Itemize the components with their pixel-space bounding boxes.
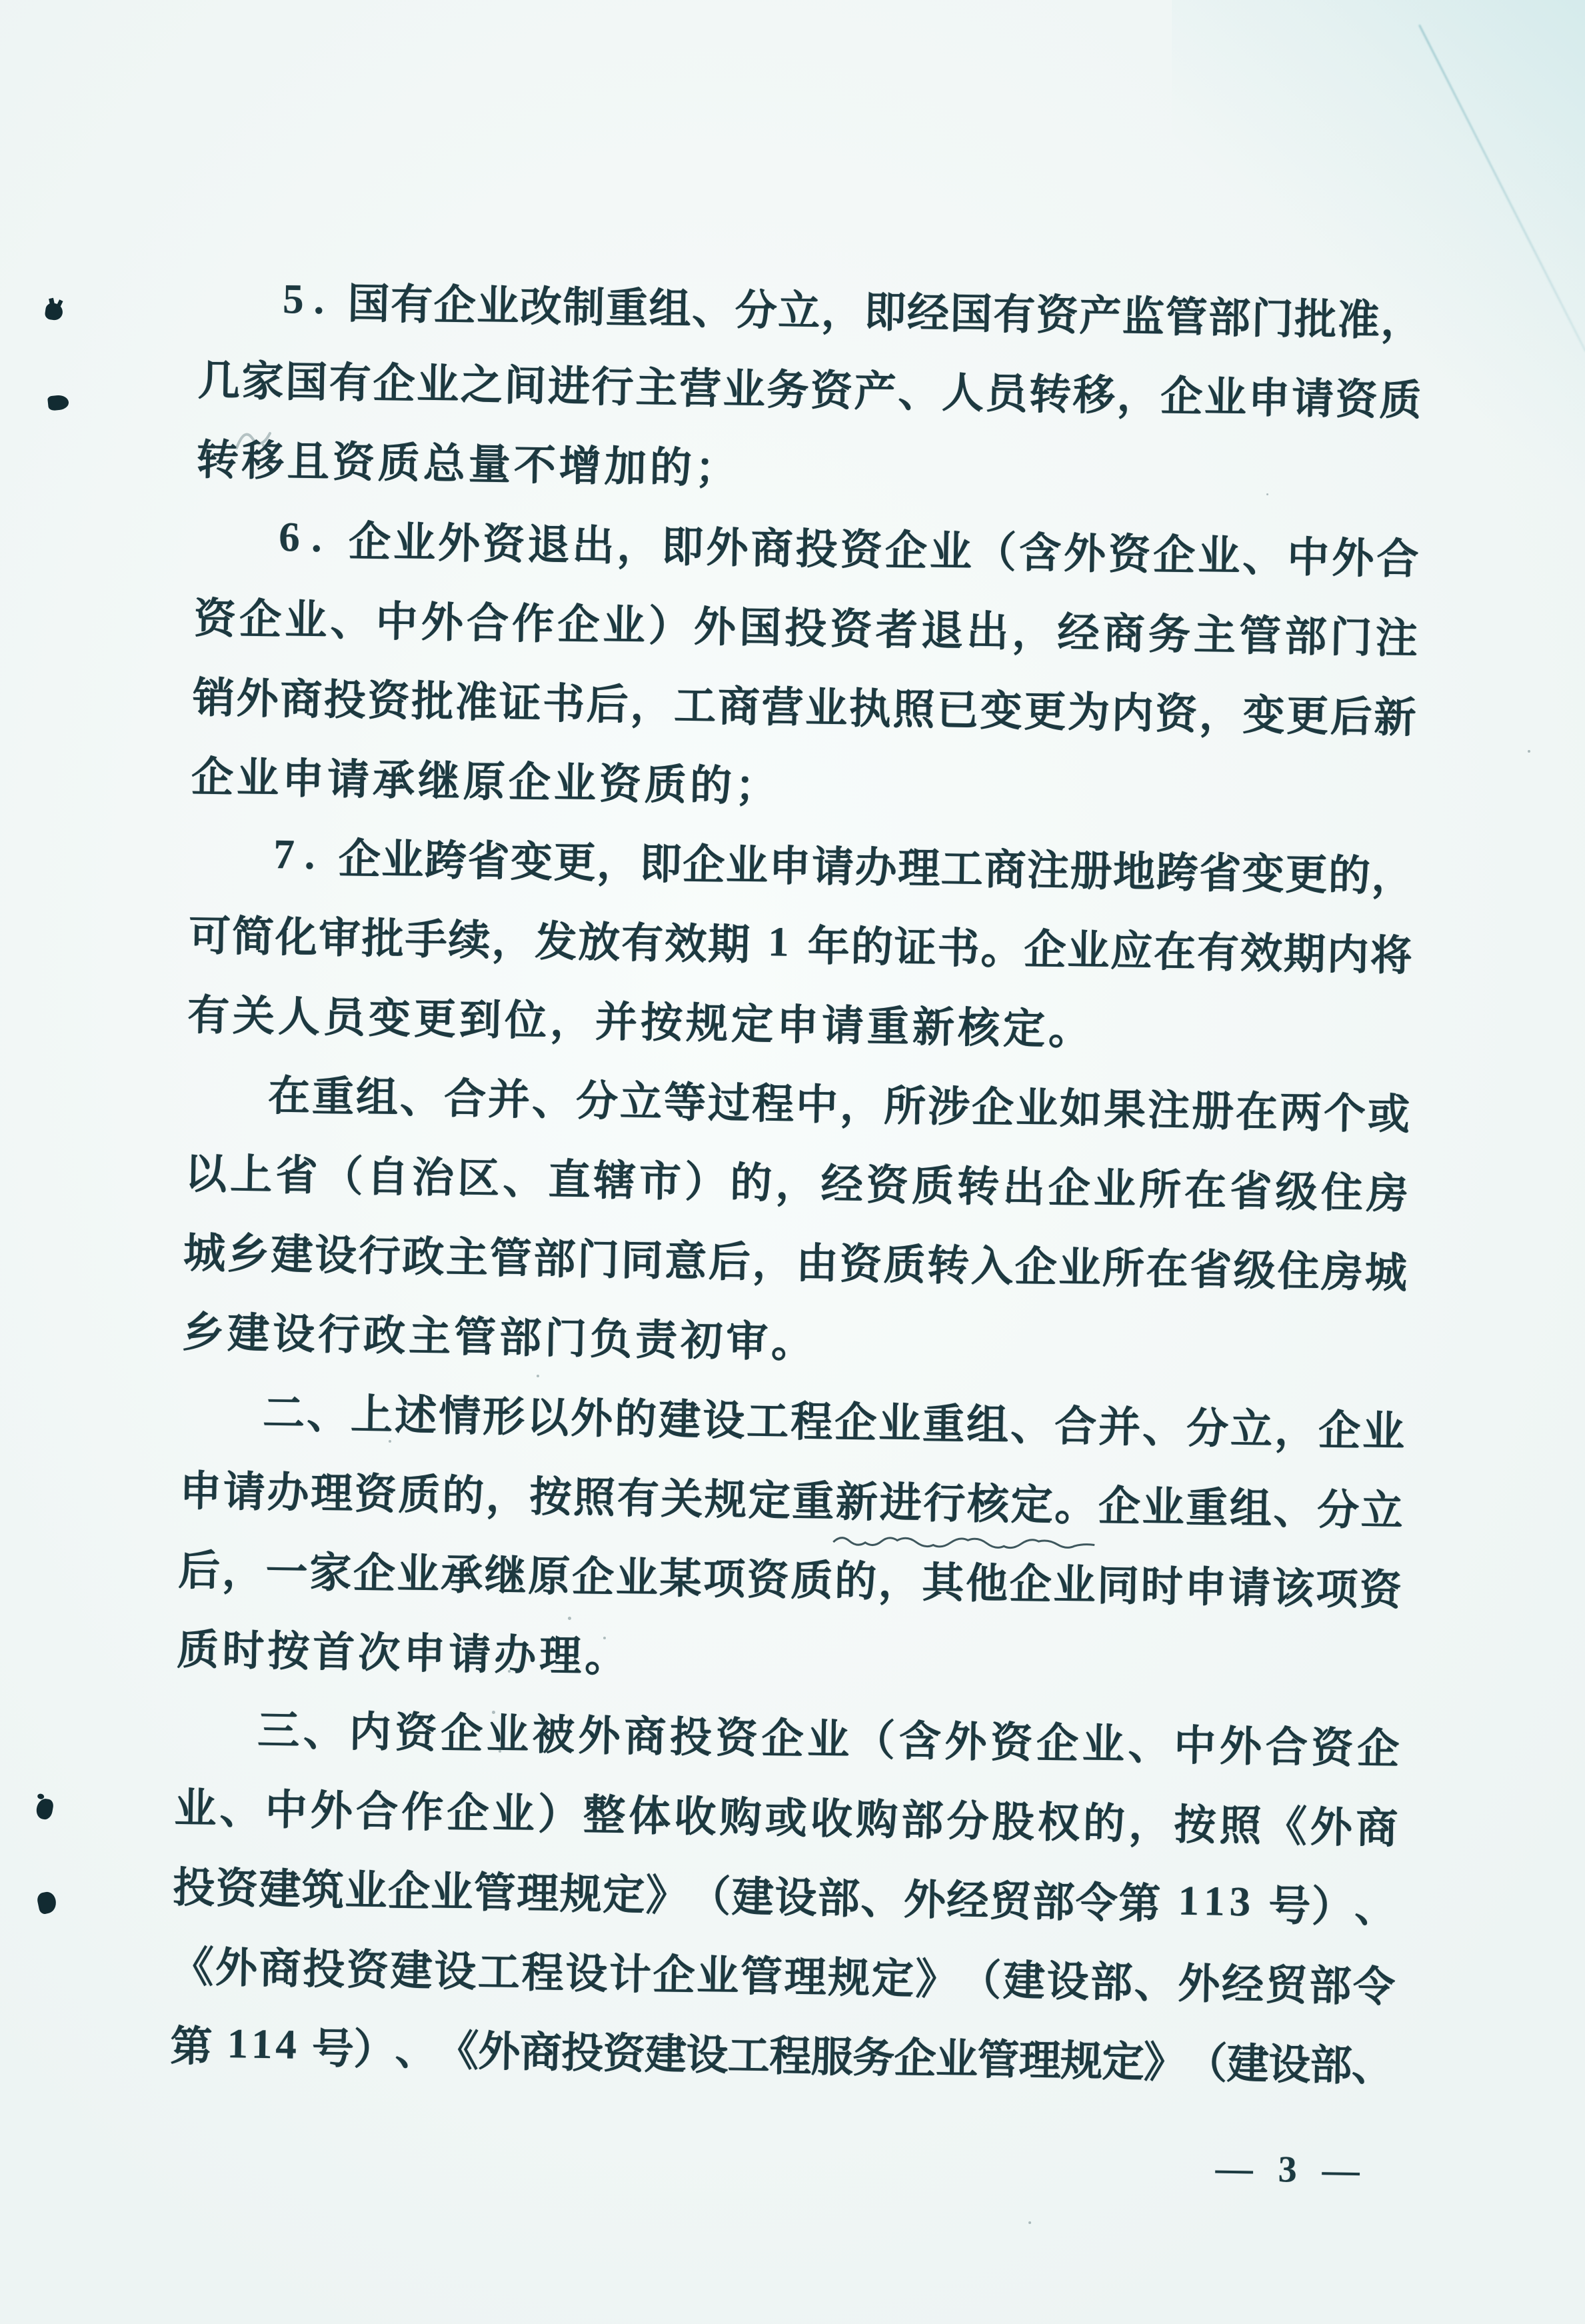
dust-speck [1266, 493, 1268, 495]
dust-speck [603, 1637, 606, 1639]
page-number: — 3 — [1181, 2141, 1402, 2198]
dust-speck [745, 628, 747, 630]
dust-speck [537, 1375, 539, 1377]
dust-speck [508, 1670, 511, 1673]
document-text: 5. 国有企业改制重组、分立，即经国有资产监管部门批准， 几家国有企业之间进行主… [170, 258, 1423, 2103]
scanned-document-page: { "page": { "colors": { "paper": "#f2f7f… [0, 0, 1585, 2324]
dust-speck [568, 1617, 571, 1620]
dust-speck [389, 1440, 391, 1443]
dust-speck [499, 1750, 501, 1753]
dust-speck [492, 1711, 495, 1714]
pencil-mark-artifact [230, 419, 287, 457]
dust-speck [1028, 2221, 1031, 2224]
dust-speck [1528, 750, 1530, 753]
dust-speck [309, 682, 311, 684]
